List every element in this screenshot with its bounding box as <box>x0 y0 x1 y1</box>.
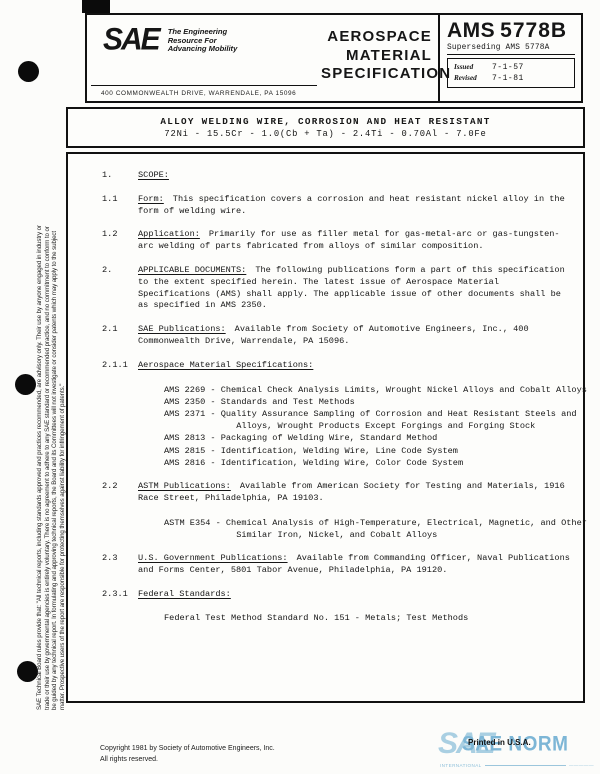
printed-in-usa-note: Printed in U.S.A. <box>468 738 531 747</box>
document-type: AEROSPACE MATERIAL SPECIFICATION <box>321 15 438 101</box>
section-number: 2.3.1 <box>102 589 138 601</box>
spec-number: 5778B <box>500 19 567 43</box>
section-number: 2.1 <box>102 324 138 348</box>
logo-tagline: The Engineering Resource For Advancing M… <box>168 28 238 54</box>
spec-number-row: AMS 5778B <box>447 19 575 43</box>
section-heading: SCOPE: <box>138 170 169 180</box>
list-item: AMS 2813 - Packaging of Welding Wire, St… <box>164 432 571 444</box>
section-number: 1.2 <box>102 229 138 253</box>
section-number: 2.3 <box>102 553 138 577</box>
spec-title: ALLOY WELDING WIRE, CORROSION AND HEAT R… <box>68 116 583 128</box>
section-sae-publications: 2.1 SAE Publications:Available from Soci… <box>102 324 571 348</box>
sidebar-disclaimer: SAE Technical Board rules provide that: … <box>36 95 68 710</box>
section-heading: ASTM Publications: <box>138 481 231 491</box>
title-box: ALLOY WELDING WIRE, CORROSION AND HEAT R… <box>66 107 585 148</box>
revised-date: 7-1-81 <box>492 73 524 84</box>
section-text: This specification covers a corrosion an… <box>138 194 565 216</box>
header-left: SAE The Engineering Resource For Advanci… <box>87 15 321 101</box>
section-text: Primarily for use as filler metal for ga… <box>138 229 560 251</box>
issued-date: 7-1-57 <box>492 62 524 73</box>
header-box: SAE The Engineering Resource For Advanci… <box>85 13 583 103</box>
list-item: AMS 2815 - Identification, Welding Wire,… <box>164 445 571 457</box>
list-item: ASTM E354 - Chemical Analysis of High-Te… <box>164 517 571 529</box>
disclaimer-line: trade or their use by governmental agenc… <box>44 95 52 710</box>
spec-number-block: AMS 5778B Superseding AMS 5778A Issued 7… <box>438 15 581 101</box>
punch-hole <box>18 61 39 82</box>
watermark-sub-right: ————— <box>569 763 594 768</box>
revised-row: Revised 7-1-81 <box>454 73 570 84</box>
section-applicable-documents: 2. APPLICABLE DOCUMENTS:The following pu… <box>102 265 571 312</box>
main-content-box: 1. SCOPE: 1.1 Form:This specification co… <box>66 152 585 703</box>
disclaimer-line: be guided by any technical report. In fo… <box>51 95 59 710</box>
section-heading: Aerospace Material Specifications: <box>138 360 313 370</box>
publisher-address: 400 COMMONWEALTH DRIVE, WARRENDALE, PA 1… <box>91 85 317 101</box>
doc-type-line: AEROSPACE <box>321 28 432 47</box>
section-scope: 1. SCOPE: <box>102 170 571 182</box>
section-us-government-publications: 2.3 U.S. Government Publications:Availab… <box>102 553 571 577</box>
watermark-rule <box>485 765 566 766</box>
list-item: Alloys, Wrought Products Except Forgings… <box>164 420 571 432</box>
copyright-line: Copyright 1981 by Society of Automotive … <box>100 743 275 754</box>
tagline-line: Advancing Mobility <box>168 45 238 54</box>
section-number: 1.1 <box>102 194 138 218</box>
list-item: Similar Iron, Nickel, and Cobalt Alloys <box>164 529 571 541</box>
list-item: AMS 2350 - Standards and Test Methods <box>164 396 571 408</box>
section-heading: SAE Publications: <box>138 324 226 334</box>
copyright-notice: Copyright 1981 by Society of Automotive … <box>100 743 275 765</box>
list-item: AMS 2816 - Identification, Welding Wire,… <box>164 457 571 469</box>
copyright-line: All rights reserved. <box>100 754 275 765</box>
list-item: AMS 2371 - Quality Assurance Sampling of… <box>164 408 571 420</box>
section-number: 2. <box>102 265 138 312</box>
watermark-subtext: INTERNATIONAL ————— <box>440 763 594 768</box>
sae-logo: SAE <box>103 24 159 56</box>
section-federal-standards: 2.3.1 Federal Standards: <box>102 589 571 601</box>
revised-label: Revised <box>454 73 492 84</box>
superseding-note: Superseding AMS 5778A <box>447 44 575 55</box>
section-form: 1.1 Form:This specification covers a cor… <box>102 194 571 218</box>
section-heading: Application: <box>138 229 200 239</box>
federal-reference-list: Federal Test Method Standard No. 151 - M… <box>164 612 571 624</box>
doc-type-line: MATERIAL <box>321 47 432 66</box>
sae-norm-watermark: SAE SAE NORM INTERNATIONAL ————— <box>438 729 596 773</box>
list-item: Federal Test Method Standard No. 151 - M… <box>164 612 571 624</box>
spec-prefix: AMS <box>447 19 495 43</box>
logo-row: SAE The Engineering Resource For Advanci… <box>87 15 321 85</box>
section-application: 1.2 Application:Primarily for use as fil… <box>102 229 571 253</box>
issue-revision-box: Issued 7-1-57 Revised 7-1-81 <box>447 58 575 88</box>
section-number: 1. <box>102 170 138 182</box>
section-heading: APPLICABLE DOCUMENTS: <box>138 265 246 275</box>
doc-type-line: SPECIFICATION <box>321 65 432 84</box>
section-heading: Federal Standards: <box>138 589 231 599</box>
section-heading: Form: <box>138 194 164 204</box>
section-number: 2.2 <box>102 481 138 505</box>
document-page: SAE Technical Board rules provide that: … <box>0 0 600 774</box>
punch-hole <box>15 374 36 395</box>
punch-hole <box>17 661 38 682</box>
alloy-composition: 72Ni - 15.5Cr - 1.0(Cb + Ta) - 2.4Ti - 0… <box>68 128 583 141</box>
watermark-sub-left: INTERNATIONAL <box>440 763 482 768</box>
section-astm-publications: 2.2 ASTM Publications:Available from Ame… <box>102 481 571 505</box>
issued-label: Issued <box>454 62 492 73</box>
section-aerospace-material-specs: 2.1.1 Aerospace Material Specifications: <box>102 360 571 372</box>
issued-row: Issued 7-1-57 <box>454 62 570 73</box>
ams-reference-list: AMS 2269 - Chemical Check Analysis Limit… <box>164 384 571 469</box>
section-heading: U.S. Government Publications: <box>138 553 288 563</box>
corner-registration-mark <box>82 0 110 13</box>
disclaimer-line: SAE Technical Board rules provide that: … <box>36 95 44 710</box>
list-item: AMS 2269 - Chemical Check Analysis Limit… <box>164 384 571 396</box>
section-number: 2.1.1 <box>102 360 138 372</box>
astm-reference-list: ASTM E354 - Chemical Analysis of High-Te… <box>164 517 571 541</box>
